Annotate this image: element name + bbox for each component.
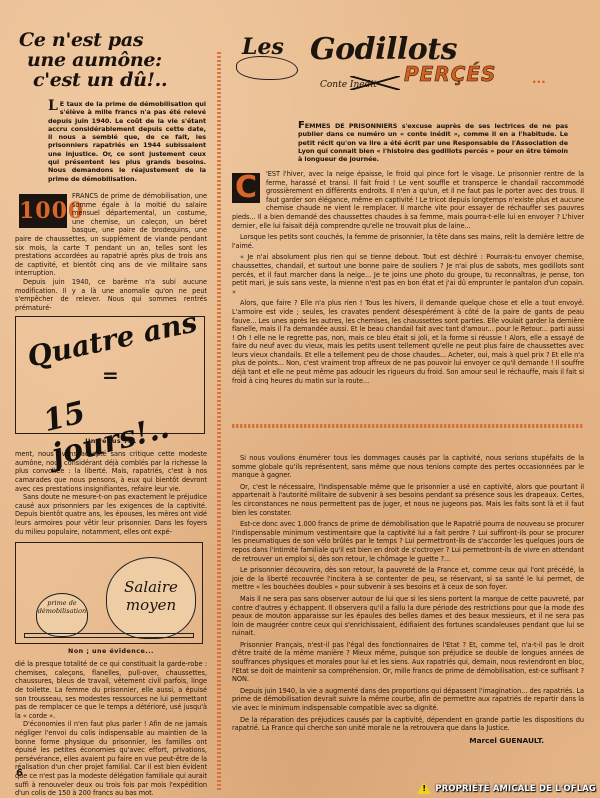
paragraph: Si nous voulions énumérer tous les domma… (232, 454, 584, 480)
essay-body: Si nous voulions énumérer tous les domma… (232, 454, 584, 745)
lead-text: E taux de la prime de démobilisation qui… (48, 100, 206, 183)
paragraph: Mais il ne sera pas sans observer autour… (232, 595, 584, 638)
paragraph: Lorsque les petits sont couchés, la femm… (232, 233, 584, 250)
vertical-divider (217, 52, 221, 792)
paragraph: D'économies il n'en faut plus parler ! A… (15, 720, 207, 797)
paragraph: Alors, que faire ? Elle n'a plus rien ! … (232, 299, 584, 385)
title-line: c'est un dû!.. (33, 70, 207, 90)
bags-illustration: prime de démobilisation Salaire moyen (15, 542, 203, 644)
page-number: 6 (16, 768, 23, 779)
small-money-bag: prime de démobilisation (36, 593, 88, 637)
strike-through-mark (350, 76, 400, 90)
bag-label: Salaire (107, 578, 195, 596)
horizontal-divider (232, 424, 584, 428)
big-number-1000: 1000 (19, 194, 67, 228)
left-article-title: Ce n'est pas une aumône: c'est un dû!.. (19, 30, 207, 90)
title-line: Ce n'est pas (19, 30, 207, 50)
paragraph: De la réparation des préjudices causés p… (232, 716, 584, 733)
watermark: PROPRIÉTÉ AMICALE DE L'OFLAG (417, 782, 596, 794)
warning-icon (417, 782, 431, 794)
paragraph: Prisonnier Français, n'est-il pas l'égal… (232, 641, 584, 684)
title-ellipsis: ... (532, 72, 546, 86)
bag-label: moyen (107, 596, 195, 614)
francs-paragraph: 1000 FRANCS de prime de démobilisation, … (15, 192, 207, 278)
title-les: Les (242, 34, 284, 60)
lead-paragraph: LE taux de la prime de démobilisation qu… (48, 100, 206, 183)
watermark-text: PROPRIÉTÉ AMICALE DE L'OFLAG (435, 783, 596, 793)
big-money-bag: Salaire moyen (106, 557, 196, 639)
paragraph: Le prisonnier découvrira, dès son retour… (232, 566, 584, 592)
left-article: Ce n'est pas une aumône: c'est un dû!.. … (15, 30, 207, 798)
author-signature: Marcel GUENAULT. (232, 737, 584, 746)
story-body: C 'EST l'hiver, avec la neige épaisse, l… (232, 170, 584, 388)
shelf (24, 633, 194, 638)
story-intro: FEMMES DE PRISONNIERS s'excuse auprès de… (298, 122, 568, 163)
paragraph: Depuis juin 1940, la vie a augmenté dans… (232, 687, 584, 713)
paragraph: 'EST l'hiver, avec la neige épaisse, le … (232, 170, 584, 230)
paragraph: Est-ce donc avec 1.000 francs de prime d… (232, 520, 584, 563)
paragraph: dié la presque totalité de ce qui consti… (15, 660, 207, 720)
rebus-illustration: Quatre ans = 15 jours!.. (15, 316, 205, 434)
paragraph: Depuis juin 1940, ce barème n'a subi auc… (15, 278, 207, 312)
drop-cap: L (48, 100, 58, 112)
story-title-block: Les Godillots PERÇÉS ... Conte Inédit (232, 28, 584, 93)
magazine-page: Ce n'est pas une aumône: c'est un dû!.. … (0, 0, 600, 798)
paragraph: Or, c'est le nécessaire, l'indispensable… (232, 483, 584, 517)
drop-cap-c: C (232, 173, 260, 203)
bags-caption: Non ; une évidence... (15, 648, 207, 655)
title-line: une aumône: (27, 50, 207, 70)
paragraph: « Je n'ai absolument plus rien qui se ti… (232, 253, 584, 296)
intro-text: EMMES DE PRISONNIERS s'excuse auprès de … (298, 122, 568, 163)
rebus-equals: = (102, 363, 119, 387)
title-perces: PERÇÉS (404, 62, 496, 86)
paragraph: Sans doute ne mesure-t-on pas exactement… (15, 493, 207, 536)
